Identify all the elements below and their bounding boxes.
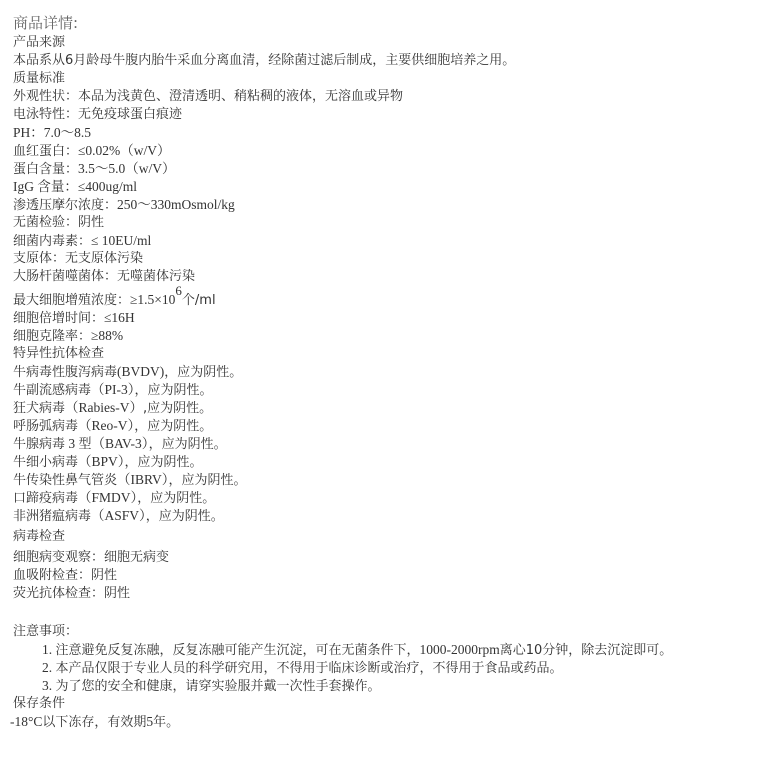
virus-result: ，应为阴性。 <box>164 365 242 380</box>
antibody-item-bav3: 牛腺病毒 3 型（BAV-3），应为阴性。 <box>13 435 760 453</box>
spec-value: 250～330mOsmol/kg <box>117 197 235 212</box>
spec-label: 蛋白含量： <box>13 162 78 177</box>
antibody-heading: 特异性抗体检查 <box>13 345 760 363</box>
antibody-item-bvdv: 牛病毒性腹泻病毒(BVDV)，应为阴性。 <box>13 363 760 381</box>
storage-heading: 保存条件 <box>13 695 760 713</box>
virus-result: ，应为阴性。 <box>137 491 215 506</box>
virus-result: ,应为阴性。 <box>143 401 212 416</box>
spec-label: 细胞倍增时间： <box>13 311 104 326</box>
note-item-3: 3. 为了您的安全和健康，请穿实验服并戴一次性手套操作。 <box>13 677 760 695</box>
quality-mycoplasma: 支原体：无支原体污染 <box>13 250 760 268</box>
spec-label: 最大细胞增殖浓度： <box>13 293 130 308</box>
antibody-item-asfv: 非洲猪瘟病毒（ASFV），应为阴性。 <box>13 507 760 525</box>
spec-value: ≥1.5×10 <box>130 292 175 307</box>
virus-result: ，应为阴性。 <box>134 419 212 434</box>
antibody-item-reo: 呼肠弧病毒（Reo-V），应为阴性。 <box>13 417 760 435</box>
virus-cpe: 细胞病变观察：细胞无病变 <box>13 549 760 567</box>
note-number: 1. <box>42 642 56 657</box>
virus-result: ，应为阴性。 <box>149 437 227 452</box>
spec-label: 血红蛋白： <box>13 144 78 159</box>
virus-heading: 病毒检查 <box>13 528 760 546</box>
quality-phage: 大肠杆菌噬菌体：无噬菌体污染 <box>13 268 760 286</box>
spec-label: 电泳特性： <box>13 107 78 122</box>
spec-label: 渗透压摩尔浓度： <box>13 198 117 213</box>
quality-ph: PH：7.0～8.5 <box>13 124 760 142</box>
spec-value: ≤ 10EU/ml <box>91 233 151 248</box>
storage-text-b: 年。 <box>153 715 179 730</box>
spec-label: 细胞克隆率： <box>13 329 91 344</box>
spec-value: ≤16H <box>104 310 135 325</box>
note-text: 为了您的安全和健康，请穿实验服并戴一次性手套操作。 <box>56 679 381 694</box>
spec-value: 阴性 <box>104 586 130 601</box>
quality-max-density: 最大细胞增殖浓度：≥1.5×106个/ml <box>13 288 760 309</box>
antibody-item-ibrv: 牛传染性鼻气管炎（IBRV），应为阴性。 <box>13 471 760 489</box>
spec-label: 细菌内毒素： <box>13 234 91 249</box>
source-heading: 产品来源 <box>13 34 760 52</box>
quality-hemoglobin: 血红蛋白：≤0.02%（w/V） <box>13 142 760 160</box>
spec-value: 阴性 <box>91 568 117 583</box>
spec-value: 无免疫球蛋白痕迹 <box>78 107 182 122</box>
source-text: 本品系从6月龄母牛腹内胎牛采血分离血清，经除菌过滤后制成，主要供细胞培养之用。 <box>13 52 760 70</box>
spec-label: 细胞病变观察： <box>13 550 104 565</box>
virus-result: ，应为阴性。 <box>125 455 203 470</box>
virus-code: （PI-3） <box>91 382 135 397</box>
note-number: 3. <box>42 678 56 693</box>
note-text: 离心10分钟，除去沉淀即可。 <box>500 643 673 658</box>
note-text: 本产品仅限于专业人员的科学研究用，不得用于临床诊断或治疗，不得用于食品或药品。 <box>56 661 563 676</box>
virus-name: 狂犬病毒 <box>13 401 65 416</box>
source-text-a: 本品系从 <box>13 53 65 68</box>
notes-heading: 注意事项： <box>13 623 760 641</box>
spec-label: 血吸附检查： <box>13 568 91 583</box>
quality-appearance: 外观性状：本品为浅黄色、澄清透明、稍粘稠的液体，无溶血或异物 <box>13 88 760 106</box>
spec-label: 荧光抗体检查： <box>13 586 104 601</box>
spec-value: 7.0～8.5 <box>44 125 91 140</box>
spacer <box>13 603 760 621</box>
virus-result: ，应为阴性。 <box>135 383 213 398</box>
antibody-item-pi3: 牛副流感病毒（PI-3），应为阴性。 <box>13 381 760 399</box>
virus-name: 呼肠弧病毒 <box>13 419 78 434</box>
spec-unit: 个/ml <box>182 293 216 308</box>
spec-label: PH： <box>13 125 44 140</box>
spec-value: 无噬菌体污染 <box>117 269 195 284</box>
product-details: 商品详情: 产品来源 本品系从6月龄母牛腹内胎牛采血分离血清，经除菌过滤后制成，… <box>0 0 760 731</box>
virus-name: 非洲猪瘟病毒 <box>13 509 91 524</box>
spec-value: ≤0.02%（w/V） <box>78 143 171 158</box>
spec-value: 阴性 <box>78 215 104 230</box>
spec-value: ≥88% <box>91 328 123 343</box>
spec-value: 细胞无病变 <box>104 550 169 565</box>
virus-code: （Rabies-V） <box>65 400 143 415</box>
antibody-item-rabies: 狂犬病毒（Rabies-V）,应为阴性。 <box>13 399 760 417</box>
virus-code: （Reo-V） <box>78 418 134 433</box>
quality-osmolality: 渗透压摩尔浓度：250～330mOsmol/kg <box>13 196 760 214</box>
spec-value: 3.5～5.0（w/V） <box>78 161 176 176</box>
source-text-b: 月龄母牛腹内胎牛采血分离血清，经除菌过滤后制成，主要供细胞培养之用。 <box>73 53 515 68</box>
note-text: 1000-2000rpm <box>420 642 500 657</box>
spec-label: 无菌检验： <box>13 215 78 230</box>
quality-protein: 蛋白含量：3.5～5.0（w/V） <box>13 160 760 178</box>
virus-name: 牛病毒性腹泻病毒 <box>13 365 117 380</box>
storage-temp: -18°C <box>10 714 42 729</box>
spec-label: 外观性状： <box>13 89 78 104</box>
storage-text: -18°C以下冻存，有效期5年。 <box>10 713 760 731</box>
virus-fluorescent: 荧光抗体检查：阴性 <box>13 585 760 603</box>
quality-heading: 质量标准 <box>13 70 760 88</box>
quality-igg: IgG 含量：≤400ug/ml <box>13 178 760 196</box>
spec-value: ≤400ug/ml <box>78 179 137 194</box>
spec-label: IgG 含量： <box>13 179 78 194</box>
virus-name: 牛传染性鼻气管炎 <box>13 473 117 488</box>
spec-value: 无支原体污染 <box>65 251 143 266</box>
virus-code: (BVDV) <box>117 364 164 379</box>
virus-name: 型 <box>79 437 92 452</box>
quality-cloning-rate: 细胞克隆率：≥88% <box>13 327 760 345</box>
note-item-1: 1. 注意避免反复冻融，反复冻融可能产生沉淀，可在无菌条件下，1000-2000… <box>13 641 760 659</box>
note-number: 2. <box>42 660 56 675</box>
virus-result: ，应为阴性。 <box>146 509 224 524</box>
quality-doubling-time: 细胞倍增时间：≤16H <box>13 309 760 327</box>
virus-name: 牛腺病毒 <box>13 437 65 452</box>
note-item-2: 2. 本产品仅限于专业人员的科学研究用，不得用于临床诊断或治疗，不得用于食品或药… <box>13 659 760 677</box>
virus-code: （BPV） <box>78 454 125 469</box>
virus-name: 牛副流感病毒 <box>13 383 91 398</box>
virus-name: 口蹄疫病毒 <box>13 491 78 506</box>
virus-result: ，应为阴性。 <box>168 473 246 488</box>
spec-label: 大肠杆菌噬菌体： <box>13 269 117 284</box>
spec-value: 本品为浅黄色、澄清透明、稍粘稠的液体，无溶血或异物 <box>78 89 403 104</box>
quality-endotoxin: 细菌内毒素：≤ 10EU/ml <box>13 232 760 250</box>
virus-code: （ASFV） <box>91 508 146 523</box>
spec-label: 支原体： <box>13 251 65 266</box>
note-text: 注意避免反复冻融，反复冻融可能产生沉淀，可在无菌条件下， <box>56 643 420 658</box>
antibody-item-bpv: 牛细小病毒（BPV），应为阴性。 <box>13 453 760 471</box>
quality-electrophoresis: 电泳特性：无免疫球蛋白痕迹 <box>13 106 760 124</box>
page-title: 商品详情: <box>13 12 760 34</box>
storage-text-a: 以下冻存，有效期 <box>42 715 146 730</box>
quality-sterility: 无菌检验：阴性 <box>13 214 760 232</box>
virus-code: （BAV-3） <box>92 436 149 451</box>
antibody-item-fmdv: 口蹄疫病毒（FMDV），应为阴性。 <box>13 489 760 507</box>
virus-code: （IBRV） <box>117 472 168 487</box>
virus-hemadsorption: 血吸附检查：阴性 <box>13 567 760 585</box>
virus-name: 牛细小病毒 <box>13 455 78 470</box>
virus-code: 3 <box>65 436 79 451</box>
virus-code: （FMDV） <box>78 490 137 505</box>
